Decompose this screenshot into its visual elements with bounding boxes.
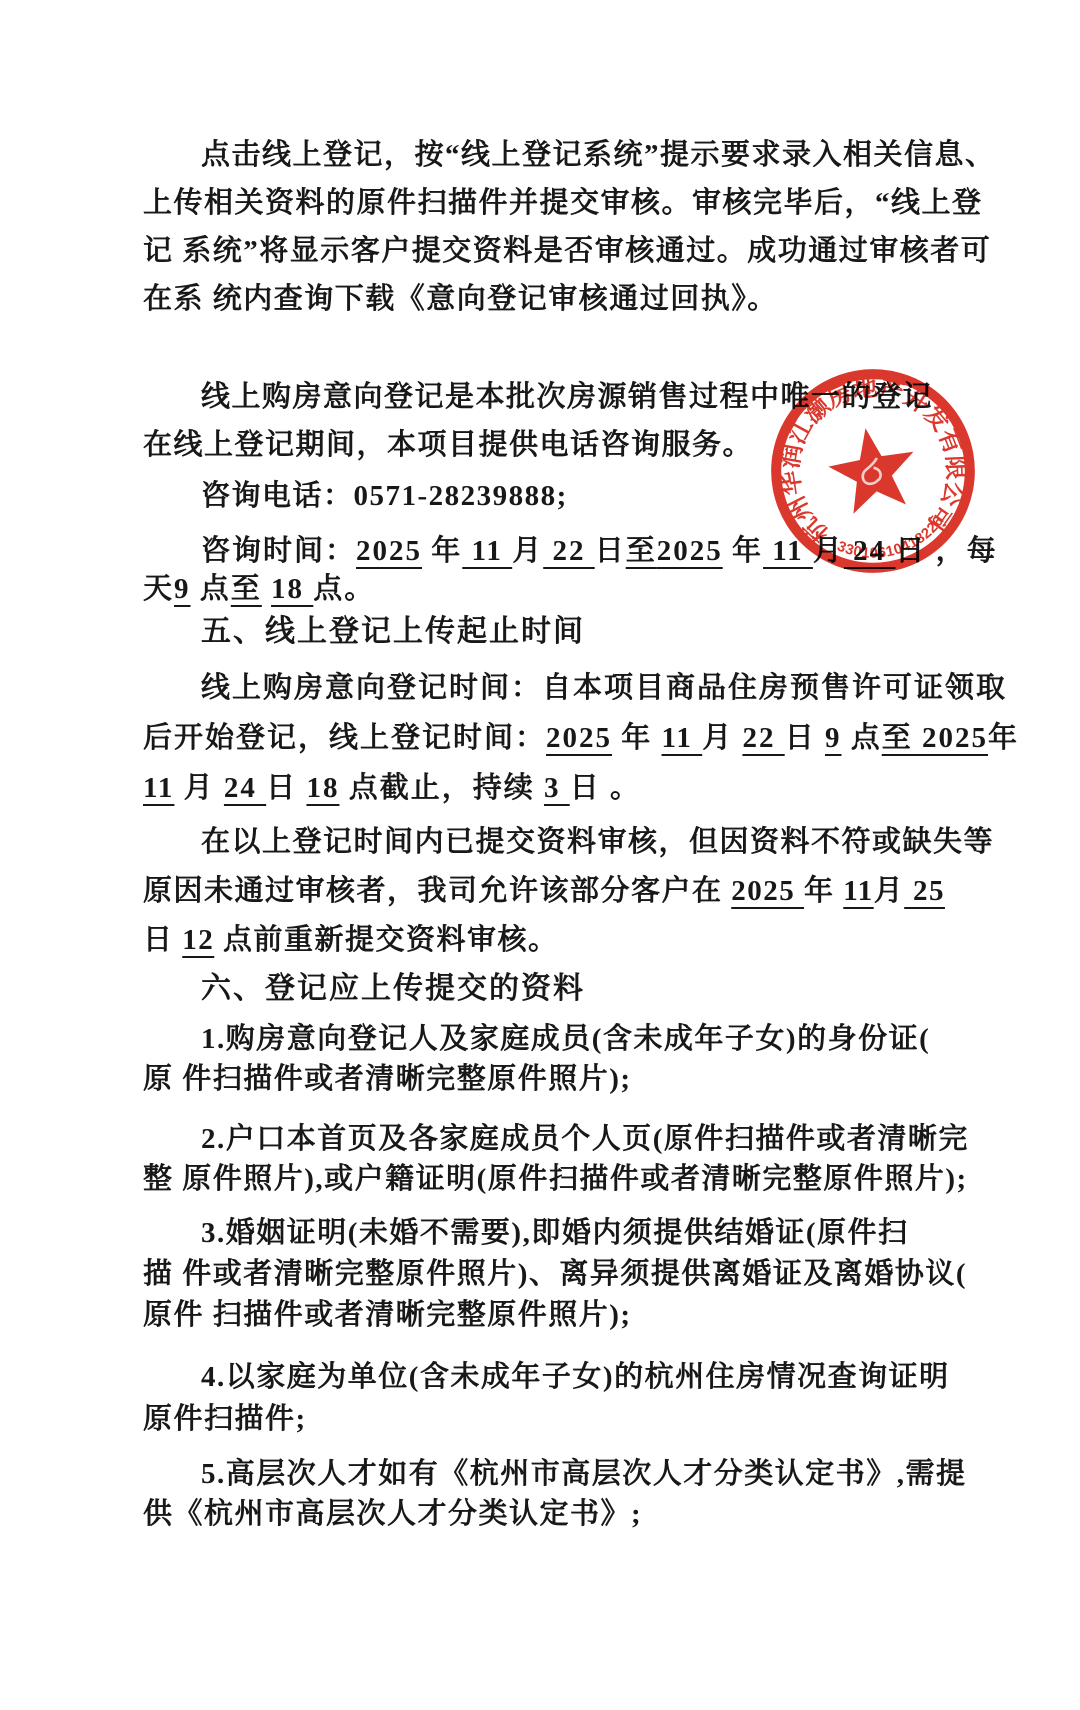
blank-filled-value: 2025 (657, 535, 723, 567)
text-segment: 点前重新提交资料审核。 (214, 924, 558, 956)
blank-filled-value: 24 (224, 772, 266, 804)
text-segment: 记 系统”将显示客户提交资料是否审核通过。成功通过审核者可 (143, 235, 991, 267)
text-line: 整 原件照片),或户籍证明(原件扫描件或者清晰完整原件照片); (143, 1159, 943, 1199)
text-line: 原件 扫描件或者清晰完整原件照片); (143, 1295, 943, 1336)
text-segment: 年 (804, 875, 843, 907)
text-line: 日 12 点前重新提交资料审核。 (143, 916, 943, 965)
text-line: 在以上登记时间内已提交资料审核，但因资料不符或缺失等 (143, 818, 943, 867)
text-line: 记 系统”将显示客户提交资料是否审核通过。成功通过审核者可 (143, 227, 943, 275)
text-segment: 点 (191, 573, 231, 605)
text-line: 原 件扫描件或者清晰完整原件照片); (143, 1059, 943, 1099)
text-line: 原因未通过审核者，我司允许该部分客户在 2025 年 11月 25 (143, 867, 943, 916)
blank-filled-value: 2025 (356, 535, 422, 567)
blank-filled-value: 9 (174, 573, 191, 605)
text-segment: 4.以家庭为单位(含未成年子女)的杭州住房情况查询证明 (201, 1361, 950, 1393)
text-segment: 日 (266, 772, 306, 804)
text-segment: 在以上登记时间内已提交资料审核，但因资料不符或缺失等 (201, 826, 994, 858)
text-segment: 点。 (313, 573, 375, 605)
text-segment: 点截止，持续 (339, 772, 544, 804)
text-segment: 六、登记应上传提交的资料 (201, 972, 585, 1005)
blank-filled-value: 11 (662, 722, 703, 754)
text-segment: 2.户口本首页及各家庭成员个人页(原件扫描件或者清晰完 (201, 1123, 969, 1155)
text-line: 六、登记应上传提交的资料 (143, 965, 943, 1013)
text-line: 点击线上登记，按“线上登记系统”提示要求录入相关信息、 (143, 131, 943, 179)
blank-filled-value: 至 2025 (882, 722, 988, 754)
section-heading: 六、登记应上传提交的资料 (143, 965, 943, 1013)
paragraph: 在以上登记时间内已提交资料审核，但因资料不符或缺失等原因未通过审核者，我司允许该… (143, 818, 943, 965)
text-segment: 供《杭州市高层次人才分类认定书》; (143, 1498, 642, 1530)
text-segment: 原因未通过审核者，我司允许该部分客户在 (143, 875, 731, 907)
text-segment: 日 (143, 924, 182, 956)
paragraph: 5.高层次人才如有《杭州市高层次人才分类认定书》,需提供《杭州市高层次人才分类认… (143, 1454, 943, 1534)
blank-filled-value: 18 (306, 772, 339, 804)
text-segment: 在线上登记期间，本项目提供电话咨询服务。 (143, 429, 753, 461)
paragraph: 点击线上登记，按“线上登记系统”提示要求录入相关信息、上传相关资料的原件扫描件并… (143, 131, 943, 323)
text-segment: 线上购房意向登记时间：自本项目商品住房预售许可证领取 (201, 672, 1007, 704)
text-line: 5.高层次人才如有《杭州市高层次人才分类认定书》,需提 (143, 1454, 943, 1494)
blank-filled-value: 3 (544, 772, 570, 804)
blank-filled-value: 22 (543, 535, 595, 567)
paragraph: 2.户口本首页及各家庭成员个人页(原件扫描件或者清晰完整 原件照片),或户籍证明… (143, 1119, 943, 1199)
text-segment: 后开始登记，线上登记时间： (143, 722, 546, 754)
text-line: 后开始登记，线上登记时间：2025 年 11 月 22 日 9 点至 2025年 (143, 713, 943, 763)
text-segment: 1.购房意向登记人及家庭成员(含未成年子女)的身份证( (201, 1023, 930, 1055)
section-heading: 五、线上登记上传起止时间 (143, 608, 943, 656)
text-line: 2.户口本首页及各家庭成员个人页(原件扫描件或者清晰完 (143, 1119, 943, 1159)
text-segment: 上传相关资料的原件扫描件并提交审核。审核完毕后，“线上登 (143, 187, 983, 219)
text-line: 1.购房意向登记人及家庭成员(含未成年子女)的身份证( (143, 1019, 943, 1059)
text-line: 描 件或者清晰完整原件照片)、离异须提供离婚证及离婚协议( (143, 1254, 943, 1295)
text-segment: 咨询时间： (201, 535, 356, 567)
text-segment: 原件扫描件; (143, 1403, 307, 1435)
document-body: 点击线上登记，按“线上登记系统”提示要求录入相关信息、上传相关资料的原件扫描件并… (143, 131, 943, 1534)
company-seal-stamp: 杭州华润江灏房地产开发有限公司 33010610418226 (752, 350, 994, 592)
blank-filled-value: 11 (143, 772, 174, 804)
blank-filled-value: 至 (626, 535, 657, 567)
blank-filled-value: 11 (462, 535, 512, 567)
text-segment: 天 (143, 573, 174, 605)
text-line: 线上购房意向登记时间：自本项目商品住房预售许可证领取 (143, 663, 943, 713)
text-segment: 年 (988, 722, 1019, 754)
text-segment: 五、线上登记上传起止时间 (201, 615, 585, 648)
text-segment: 日 (785, 722, 825, 754)
text-line: 3.婚姻证明(未婚不需要),即婚内须提供结婚证(原件扫 (143, 1213, 943, 1254)
text-segment: 整 原件照片),或户籍证明(原件扫描件或者清晰完整原件照片); (143, 1163, 968, 1195)
paragraph: 3.婚姻证明(未婚不需要),即婚内须提供结婚证(原件扫描 件或者清晰完整原件照片… (143, 1213, 943, 1336)
text-segment (262, 573, 271, 605)
blank-filled-value: 2025 (731, 875, 804, 907)
text-line: 4.以家庭为单位(含未成年子女)的杭州住房情况查询证明 (143, 1356, 943, 1398)
paragraph: 线上购房意向登记时间：自本项目商品住房预售许可证领取后开始登记，线上登记时间：2… (143, 663, 943, 813)
text-segment: 月 (702, 722, 742, 754)
text-line: 上传相关资料的原件扫描件并提交审核。审核完毕后，“线上登 (143, 179, 943, 227)
blank-filled-value: 25 (904, 875, 945, 907)
text-segment: 原件 扫描件或者清晰完整原件照片); (143, 1299, 632, 1331)
text-segment: 年 (612, 722, 662, 754)
blank-filled-value: 至 (231, 573, 262, 605)
blank-filled-value: 22 (742, 722, 784, 754)
text-segment: 日 (595, 535, 626, 567)
text-segment: 月 (174, 772, 224, 804)
stamp-star-icon (823, 421, 922, 517)
blank-filled-value: 9 (825, 722, 842, 754)
text-segment: 3.婚姻证明(未婚不需要),即婚内须提供结婚证(原件扫 (201, 1217, 908, 1249)
text-line: 在系 统内查询下载《意向登记审核通过回执》。 (143, 275, 943, 323)
text-segment: 日 。 (570, 772, 641, 804)
text-segment: 年 (422, 535, 462, 567)
blank-filled-value: 2025 (546, 722, 612, 754)
text-segment: 月 (512, 535, 543, 567)
text-segment: 5.高层次人才如有《杭州市高层次人才分类认定书》,需提 (201, 1458, 967, 1490)
text-segment: 在系 统内查询下载《意向登记审核通过回执》。 (143, 283, 778, 315)
blank-filled-value: 11 (843, 875, 873, 907)
text-segment: 点 (841, 722, 881, 754)
paragraph: 4.以家庭为单位(含未成年子女)的杭州住房情况查询证明原件扫描件; (143, 1356, 943, 1440)
blank-filled-value: 18 (271, 573, 313, 605)
text-segment: 咨询电话：0571-28239888; (201, 480, 568, 512)
text-segment: 点击线上登记，按“线上登记系统”提示要求录入相关信息、 (201, 139, 996, 171)
text-line: 供《杭州市高层次人才分类认定书》; (143, 1494, 943, 1534)
paragraph: 1.购房意向登记人及家庭成员(含未成年子女)的身份证(原 件扫描件或者清晰完整原… (143, 1019, 943, 1099)
text-line: 原件扫描件; (143, 1398, 943, 1440)
text-segment: 月 (874, 875, 905, 907)
blank-filled-value: 12 (182, 924, 214, 956)
text-line: 11 月 24 日 18 点截止，持续 3 日 。 (143, 763, 943, 813)
text-line: 五、线上登记上传起止时间 (143, 608, 943, 656)
text-segment: 原 件扫描件或者清晰完整原件照片); (143, 1063, 632, 1095)
text-segment: 描 件或者清晰完整原件照片)、离异须提供离婚证及离婚协议( (143, 1258, 967, 1290)
